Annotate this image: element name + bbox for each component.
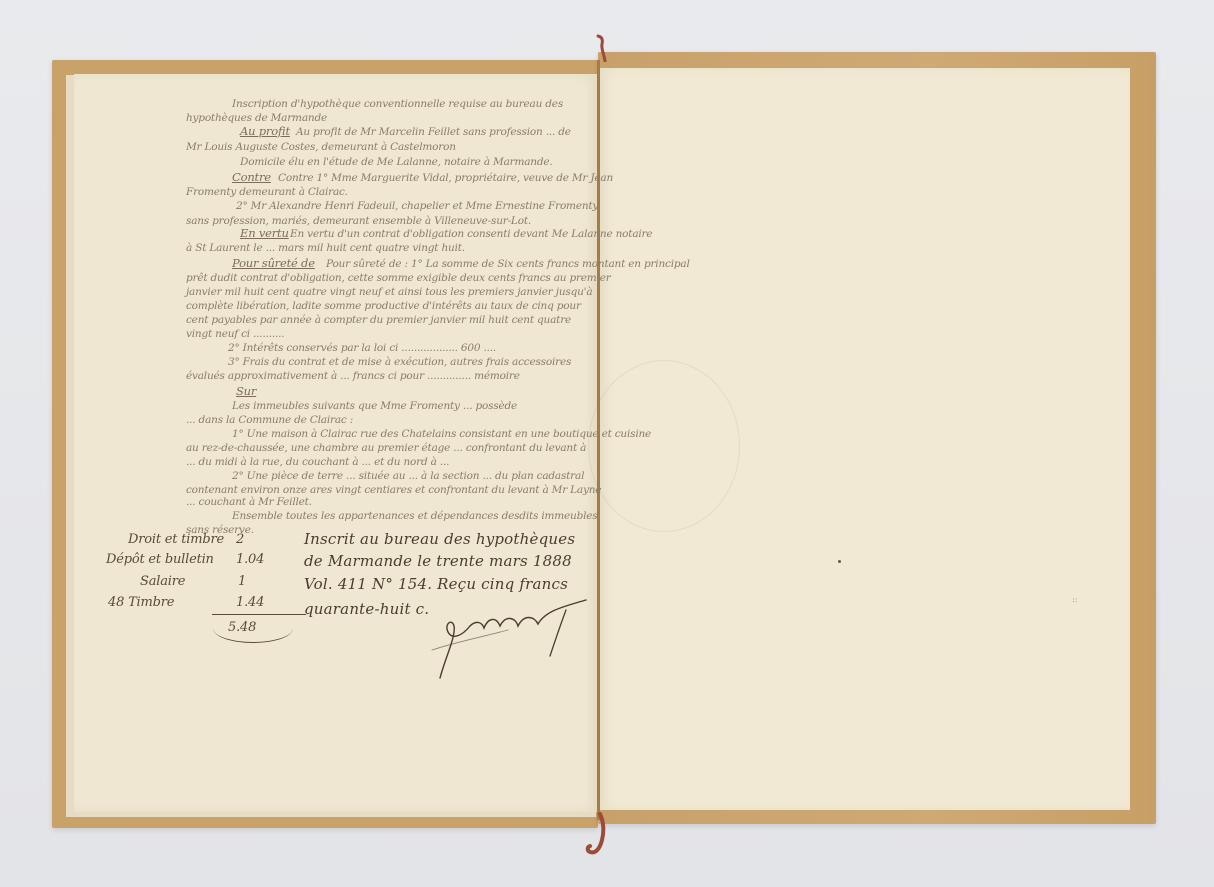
- text-line: Ensemble toutes les appartenances et dép…: [232, 510, 597, 522]
- text-line: janvier mil huit cent quatre vingt neuf …: [186, 286, 592, 298]
- binding-thread-top: [595, 34, 609, 62]
- text-line: vingt neuf ci ..........: [186, 328, 284, 340]
- text-line: à St Laurent le ... mars mil huit cent q…: [186, 242, 465, 254]
- right-page: [600, 68, 1130, 810]
- heading-en-vertu: En vertu: [240, 226, 289, 240]
- heading-pour-surete: Pour sûreté de: [232, 256, 315, 270]
- ink-dot: [838, 560, 841, 563]
- binding-thread-bottom: [584, 812, 610, 858]
- text-line: Pour sûreté de : 1° La somme de Six cent…: [326, 258, 690, 270]
- signature: [426, 596, 596, 686]
- fee-value: 1: [238, 574, 246, 589]
- fee-value: 2: [236, 532, 244, 547]
- text-line: hypothèques de Marmande: [186, 112, 327, 124]
- text-line: cent payables par année à compter du pre…: [186, 314, 571, 326]
- text-line: Inscription d'hypothèque conventionnelle…: [232, 98, 563, 110]
- text-line: sans profession, mariés, demeurant ensem…: [186, 215, 531, 227]
- cert-line: quarante-huit c.: [304, 600, 429, 618]
- text-line: contenant environ onze ares vingt centia…: [186, 484, 601, 496]
- text-line: Fromenty demeurant à Clairac.: [186, 186, 348, 198]
- cert-line: de Marmande le trente mars 1888: [304, 552, 572, 570]
- text-line: au rez-de-chaussée, une chambre au premi…: [186, 442, 586, 454]
- fee-label: Dépôt et bulletin: [106, 552, 214, 567]
- text-line: évalués approximativement à ... francs c…: [186, 370, 520, 382]
- text-line: Domicile élu en l'étude de Me Lalanne, n…: [240, 156, 553, 168]
- text-line: ... dans la Commune de Clairac :: [186, 414, 353, 426]
- text-line: Au profit de Mr Marcelin Feillet sans pr…: [296, 126, 571, 138]
- text-line: prêt dudit contrat d'obligation, cette s…: [186, 272, 611, 284]
- fee-value: 1.44: [236, 595, 264, 610]
- text-line: Contre 1° Mme Marguerite Vidal, propriét…: [278, 172, 613, 184]
- text-line: Mr Louis Auguste Costes, demeurant à Cas…: [186, 141, 456, 153]
- text-line: ... couchant à Mr Feillet.: [186, 496, 312, 508]
- text-line: ... du midi à la rue, du couchant à ... …: [186, 456, 449, 468]
- fee-value: 1.04: [236, 552, 264, 567]
- text-line: 3° Frais du contrat et de mise à exécuti…: [228, 356, 571, 368]
- heading-sur: Sur: [236, 384, 256, 398]
- text-line: 2° Intérêts conservés par la loi ci ....…: [228, 342, 496, 354]
- text-line: 1° Une maison à Clairac rue des Chatelai…: [232, 428, 651, 440]
- text-line: Les immeubles suivants que Mme Fromenty …: [232, 400, 517, 412]
- text-line: En vertu d'un contrat d'obligation conse…: [290, 228, 652, 240]
- fee-label: 48 Timbre: [108, 595, 174, 610]
- heading-au-profit: Au profit: [240, 124, 290, 138]
- heading-contre: Contre: [232, 170, 271, 184]
- text-line: complète libération, ladite somme produc…: [186, 300, 581, 312]
- text-line: 2° Une pièce de terre ... située au ... …: [232, 470, 584, 482]
- cert-line: Vol. 411 N° 154. Reçu cinq francs: [304, 575, 568, 593]
- text-line: 2° Mr Alexandre Henri Fadeuil, chapelier…: [236, 200, 598, 212]
- cert-line: Inscrit au bureau des hypothèques: [304, 530, 575, 548]
- margin-mark: ::: [1072, 596, 1080, 604]
- background-surface: :: Inscription d'hypothèque conventionne…: [0, 0, 1214, 887]
- fees-total: 5.48: [228, 620, 256, 635]
- fee-label: Droit et timbre: [128, 532, 224, 547]
- fee-label: Salaire: [140, 574, 185, 589]
